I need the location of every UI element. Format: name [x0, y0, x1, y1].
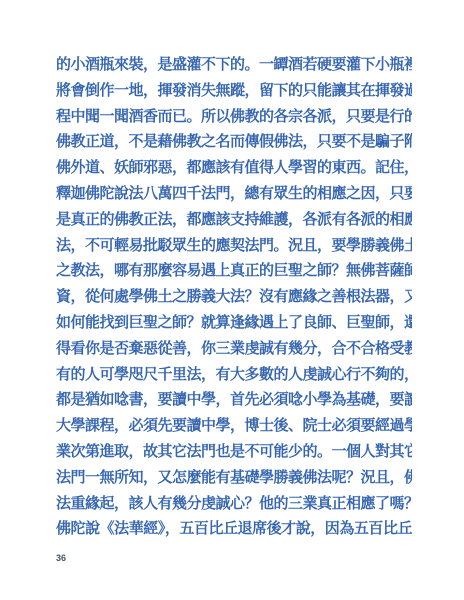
text-line: 業次第進取，故其它法門也是不可能少的。一個人對其它 — [56, 439, 412, 465]
text-line: 都是猶如唸書，要讀中學，首先必須唸小學為基礎，要讀 — [56, 387, 412, 413]
text-line: 如何能找到巨聖之師？就算逢緣遇上了良師、巨聖師，還 — [56, 310, 412, 336]
text-line: 將會倒作一地，揮發消失無蹤，留下的只能讓其在揮發過 — [56, 78, 412, 104]
text-line: 資，從何處學佛土之勝義大法？沒有應緣之善根法器，又 — [56, 284, 412, 310]
text-line: 大學課程，必須先要讀中學，博士後、院士必須要經過學 — [56, 413, 412, 439]
text-line: 有的人可學咫尺千里法，有大多數的人虔誠心行不夠的， — [56, 362, 412, 388]
text-line: 佛教正道，不是藉佛教之名而傳假佛法，只要不是騙子附 — [56, 129, 412, 155]
text-line: 程中聞一聞酒香而已。所以佛教的各宗各派，只要是行的 — [56, 104, 412, 130]
text-line: 是真正的佛教正法，都應該支持維護，各派有各派的相應 — [56, 207, 412, 233]
text-line: 佛外道、妖師邪惡，都應該有值得人學習的東西。記住， — [56, 155, 412, 181]
text-line: 法門一無所知，又怎麼能有基礎學勝義佛法呢？況且，佛 — [56, 465, 412, 491]
text-line: 的小酒瓶來裝，是盛灌不下的。一罈酒若硬要灌下小瓶裡， — [56, 52, 412, 78]
text-line: 之教法，哪有那麼容易遇上真正的巨聖之師？無佛菩薩師 — [56, 258, 412, 284]
text-line: 得看你是否棄惡從善，你三業虔誠有幾分，合不合格受教， — [56, 336, 412, 362]
text-line: 釋迦佛陀說法八萬四千法門，總有眾生的相應之因，只要 — [56, 181, 412, 207]
document-page: 的小酒瓶來裝，是盛灌不下的。一罈酒若硬要灌下小瓶裡，將會倒作一地，揮發消失無蹤，… — [0, 0, 464, 600]
text-line: 法，不可輕易批駁眾生的應契法門。況且，要學勝義佛土 — [56, 233, 412, 259]
page-number: 36 — [56, 553, 66, 563]
text-line: 佛陀說《法華經》，五百比丘退席後才說，因為五百比丘 — [56, 516, 412, 542]
text-line: 法重緣起，該人有幾分虔誠心？他的三業真正相應了嗎？ — [56, 491, 412, 517]
body-text: 的小酒瓶來裝，是盛灌不下的。一罈酒若硬要灌下小瓶裡，將會倒作一地，揮發消失無蹤，… — [56, 52, 412, 542]
